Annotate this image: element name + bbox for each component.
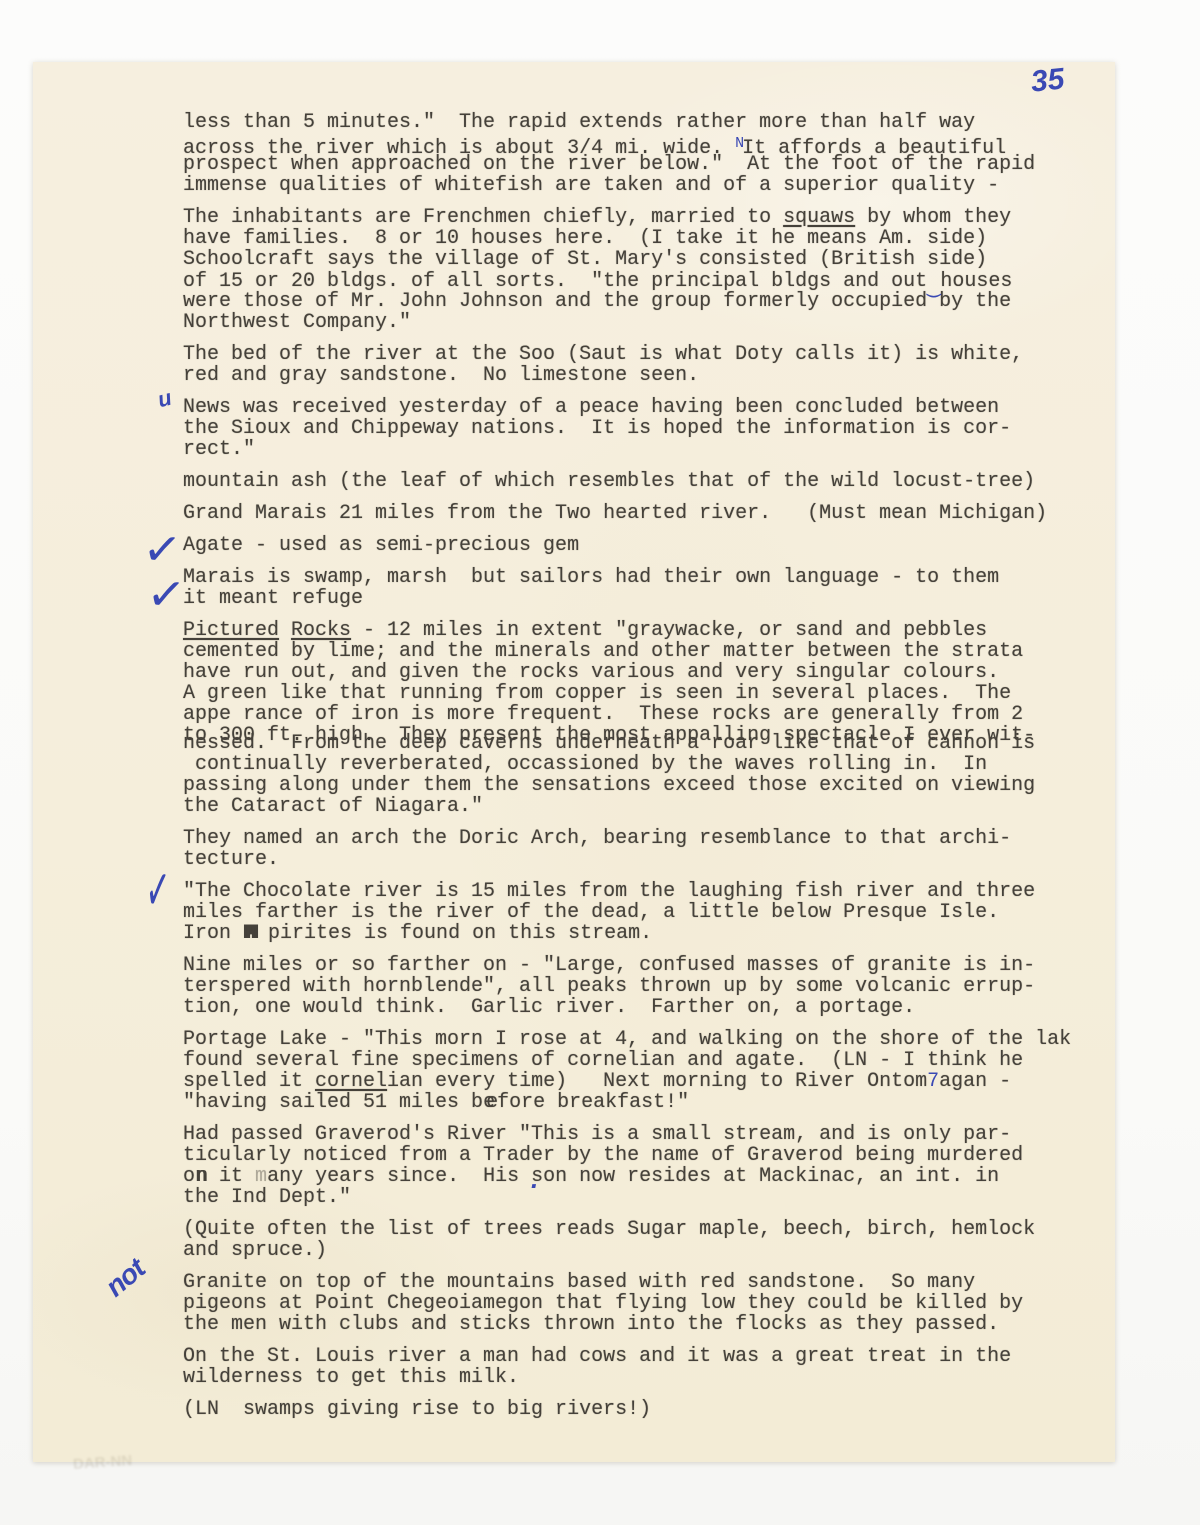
paragraph: less than 5 minutes." The rapid extends … (183, 112, 1118, 196)
inline-mark-dbl: n (195, 1165, 207, 1188)
text-line: "The Chocolate river is 15 miles from th… (183, 881, 1118, 902)
inline-mark-tie: ‿ (927, 274, 940, 299)
text-line: (LN swamps giving rise to big rivers!) (183, 1399, 1118, 1420)
text-line: Marais is swamp, marsh but sailors had t… (183, 567, 1118, 588)
text-line: Northwest Company." (183, 312, 1118, 333)
paragraph: Granite on top of the mountains based wi… (183, 1272, 1118, 1335)
text-line: prospect when approached on the river be… (183, 154, 1118, 175)
text-line: Portage Lake - "This morn I rose at 4, a… (183, 1029, 1118, 1050)
text-line: appe rance of iron is more frequent. The… (183, 704, 1118, 725)
text-line: Nine miles or so farther on - "Large, co… (183, 955, 1118, 976)
margin-check-agate: ✓ (140, 520, 182, 578)
scan-background: { "page": { "handwritten_page_number": "… (0, 0, 1200, 1525)
page-number-handwritten: 35 (1029, 62, 1066, 99)
text-line: ticularly noticed from a Trader by the n… (183, 1145, 1118, 1166)
text-line: News was received yesterday of a peace h… (183, 397, 1118, 418)
text-line: miles farther is the river of the dead, … (183, 902, 1118, 923)
text-line: cemented by lime; and the minerals and o… (183, 641, 1118, 662)
text-line: have run out, and given the rocks variou… (183, 662, 1118, 683)
paper-page: less than 5 minutes." The rapid extends … (33, 62, 1115, 1462)
paragraph: On the St. Louis river a man had cows an… (183, 1346, 1118, 1388)
text-line: found several fine specimens of cornelia… (183, 1050, 1118, 1071)
text-line: A green like that running from copper is… (183, 683, 1118, 704)
text-line: spelled it cornelian every time) Next mo… (183, 1071, 1118, 1092)
margin-check-marais: ✓ (144, 565, 186, 623)
paragraph: mountain ash (the leaf of which resemble… (183, 471, 1118, 492)
text-line: and spruce.) (183, 1240, 1118, 1261)
text-line: across the river which is about 3/4 mi. … (183, 133, 1118, 154)
paragraph: The bed of the river at the Soo (Saut is… (183, 344, 1118, 386)
paragraph: The inhabitants are Frenchmen chiefly, m… (183, 207, 1118, 333)
paragraph: Agate - used as semi-precious gem (183, 535, 1118, 556)
text-line: passing along under them the sensations … (183, 775, 1118, 796)
text-line: pigeons at Point Chegeoiamegon that flyi… (183, 1293, 1118, 1314)
text-line: On the St. Louis river a man had cows an… (183, 1346, 1118, 1367)
inline-mark-pen: 7 (927, 1070, 939, 1093)
inline-mark-sq: ee (483, 1091, 489, 1114)
text-line: tecture. (183, 849, 1118, 870)
text-line: Pictured Rocks - 12 miles in extent "gra… (183, 620, 1118, 641)
text-line: The bed of the river at the Soo (Saut is… (183, 344, 1118, 365)
text-line: tion, one would think. Garlic river. Far… (183, 997, 1118, 1018)
inline-mark-ul: squaws (783, 206, 855, 229)
text-line: "having sailed 51 miles beefore breakfas… (183, 1092, 1118, 1113)
text-line: wilderness to get this milk. (183, 1367, 1118, 1388)
text-line: The inhabitants are Frenchmen chiefly, m… (183, 207, 1118, 228)
text-line: on it many years since. His son now resi… (183, 1166, 1118, 1187)
paragraph: Pictured Rocks - 12 miles in extent "gra… (183, 620, 1118, 817)
text-line: it meant refuge (183, 588, 1118, 609)
inline-mark-xx: MM (243, 922, 249, 945)
text-line: (Quite often the list of trees reads Sug… (183, 1219, 1118, 1240)
inline-mark-ul: cornel (315, 1070, 387, 1093)
text-line: terspered with hornblende", all peaks th… (183, 976, 1118, 997)
typed-text: less than 5 minutes." The rapid extends … (183, 112, 1118, 1431)
inline-mark-ul: Rocks (291, 619, 351, 642)
paragraph: (LN swamps giving rise to big rivers!) (183, 1399, 1118, 1420)
margin-note-not: not (99, 1253, 151, 1304)
text-line: the men with clubs and sticks thrown int… (183, 1314, 1118, 1335)
text-line: red and gray sandstone. No limestone see… (183, 365, 1118, 386)
text-line: the Cataract of Niagara." (183, 796, 1118, 817)
text-line: less than 5 minutes." The rapid extends … (183, 112, 1118, 133)
paragraph: They named an arch the Doric Arch, beari… (183, 828, 1118, 870)
text-line: of 15 or 20 bldgs. of all sorts. "the pr… (183, 270, 1118, 291)
inline-mark-faint: m (255, 1165, 267, 1188)
text-line: have families. 8 or 10 houses here. (I t… (183, 228, 1118, 249)
text-line: continually reverberated, occassioned by… (183, 754, 1118, 775)
text-line: were those of Mr. John Johnson and the g… (183, 291, 1118, 312)
text-line: They named an arch the Doric Arch, beari… (183, 828, 1118, 849)
inline-mark-ul: Pictured (183, 619, 279, 642)
text-line: nessed. From the deep caverns underneath… (183, 733, 1118, 754)
text-line: immense qualities of whitefish are taken… (183, 175, 1118, 196)
paragraph: Portage Lake - "This morn I rose at 4, a… (183, 1029, 1118, 1113)
text-line: rect." (183, 439, 1118, 460)
text-line: Agate - used as semi-precious gem (183, 535, 1118, 556)
text-line: Had passed Graverod's River "This is a s… (183, 1124, 1118, 1145)
bleedthrough-ghost: DAR-NN (72, 1452, 132, 1473)
margin-check-chocolate: ✓ (145, 856, 171, 926)
paragraph: Marais is swamp, marsh but sailors had t… (183, 567, 1118, 609)
text-line: Granite on top of the mountains based wi… (183, 1272, 1118, 1293)
paragraph: "The Chocolate river is 15 miles from th… (183, 881, 1118, 944)
text-line: Iron MM pirites is found on this stream. (183, 923, 1118, 944)
paragraph: Nine miles or so farther on - "Large, co… (183, 955, 1118, 1018)
text-line: the Sioux and Chippeway nations. It is h… (183, 418, 1118, 439)
paragraph: Had passed Graverod's River "This is a s… (183, 1124, 1118, 1208)
text-line: Grand Marais 21 miles from the Two heart… (183, 503, 1118, 524)
paragraph: (Quite often the list of trees reads Sug… (183, 1219, 1118, 1261)
text-line: Schoolcraft says the village of St. Mary… (183, 249, 1118, 270)
paragraph: Grand Marais 21 miles from the Two heart… (183, 503, 1118, 524)
text-line: mountain ash (the leaf of which resemble… (183, 471, 1118, 492)
margin-quote-mark: u (155, 385, 174, 413)
text-line: the Ind Dept." (183, 1187, 1118, 1208)
paragraph: News was received yesterday of a peace h… (183, 397, 1118, 460)
